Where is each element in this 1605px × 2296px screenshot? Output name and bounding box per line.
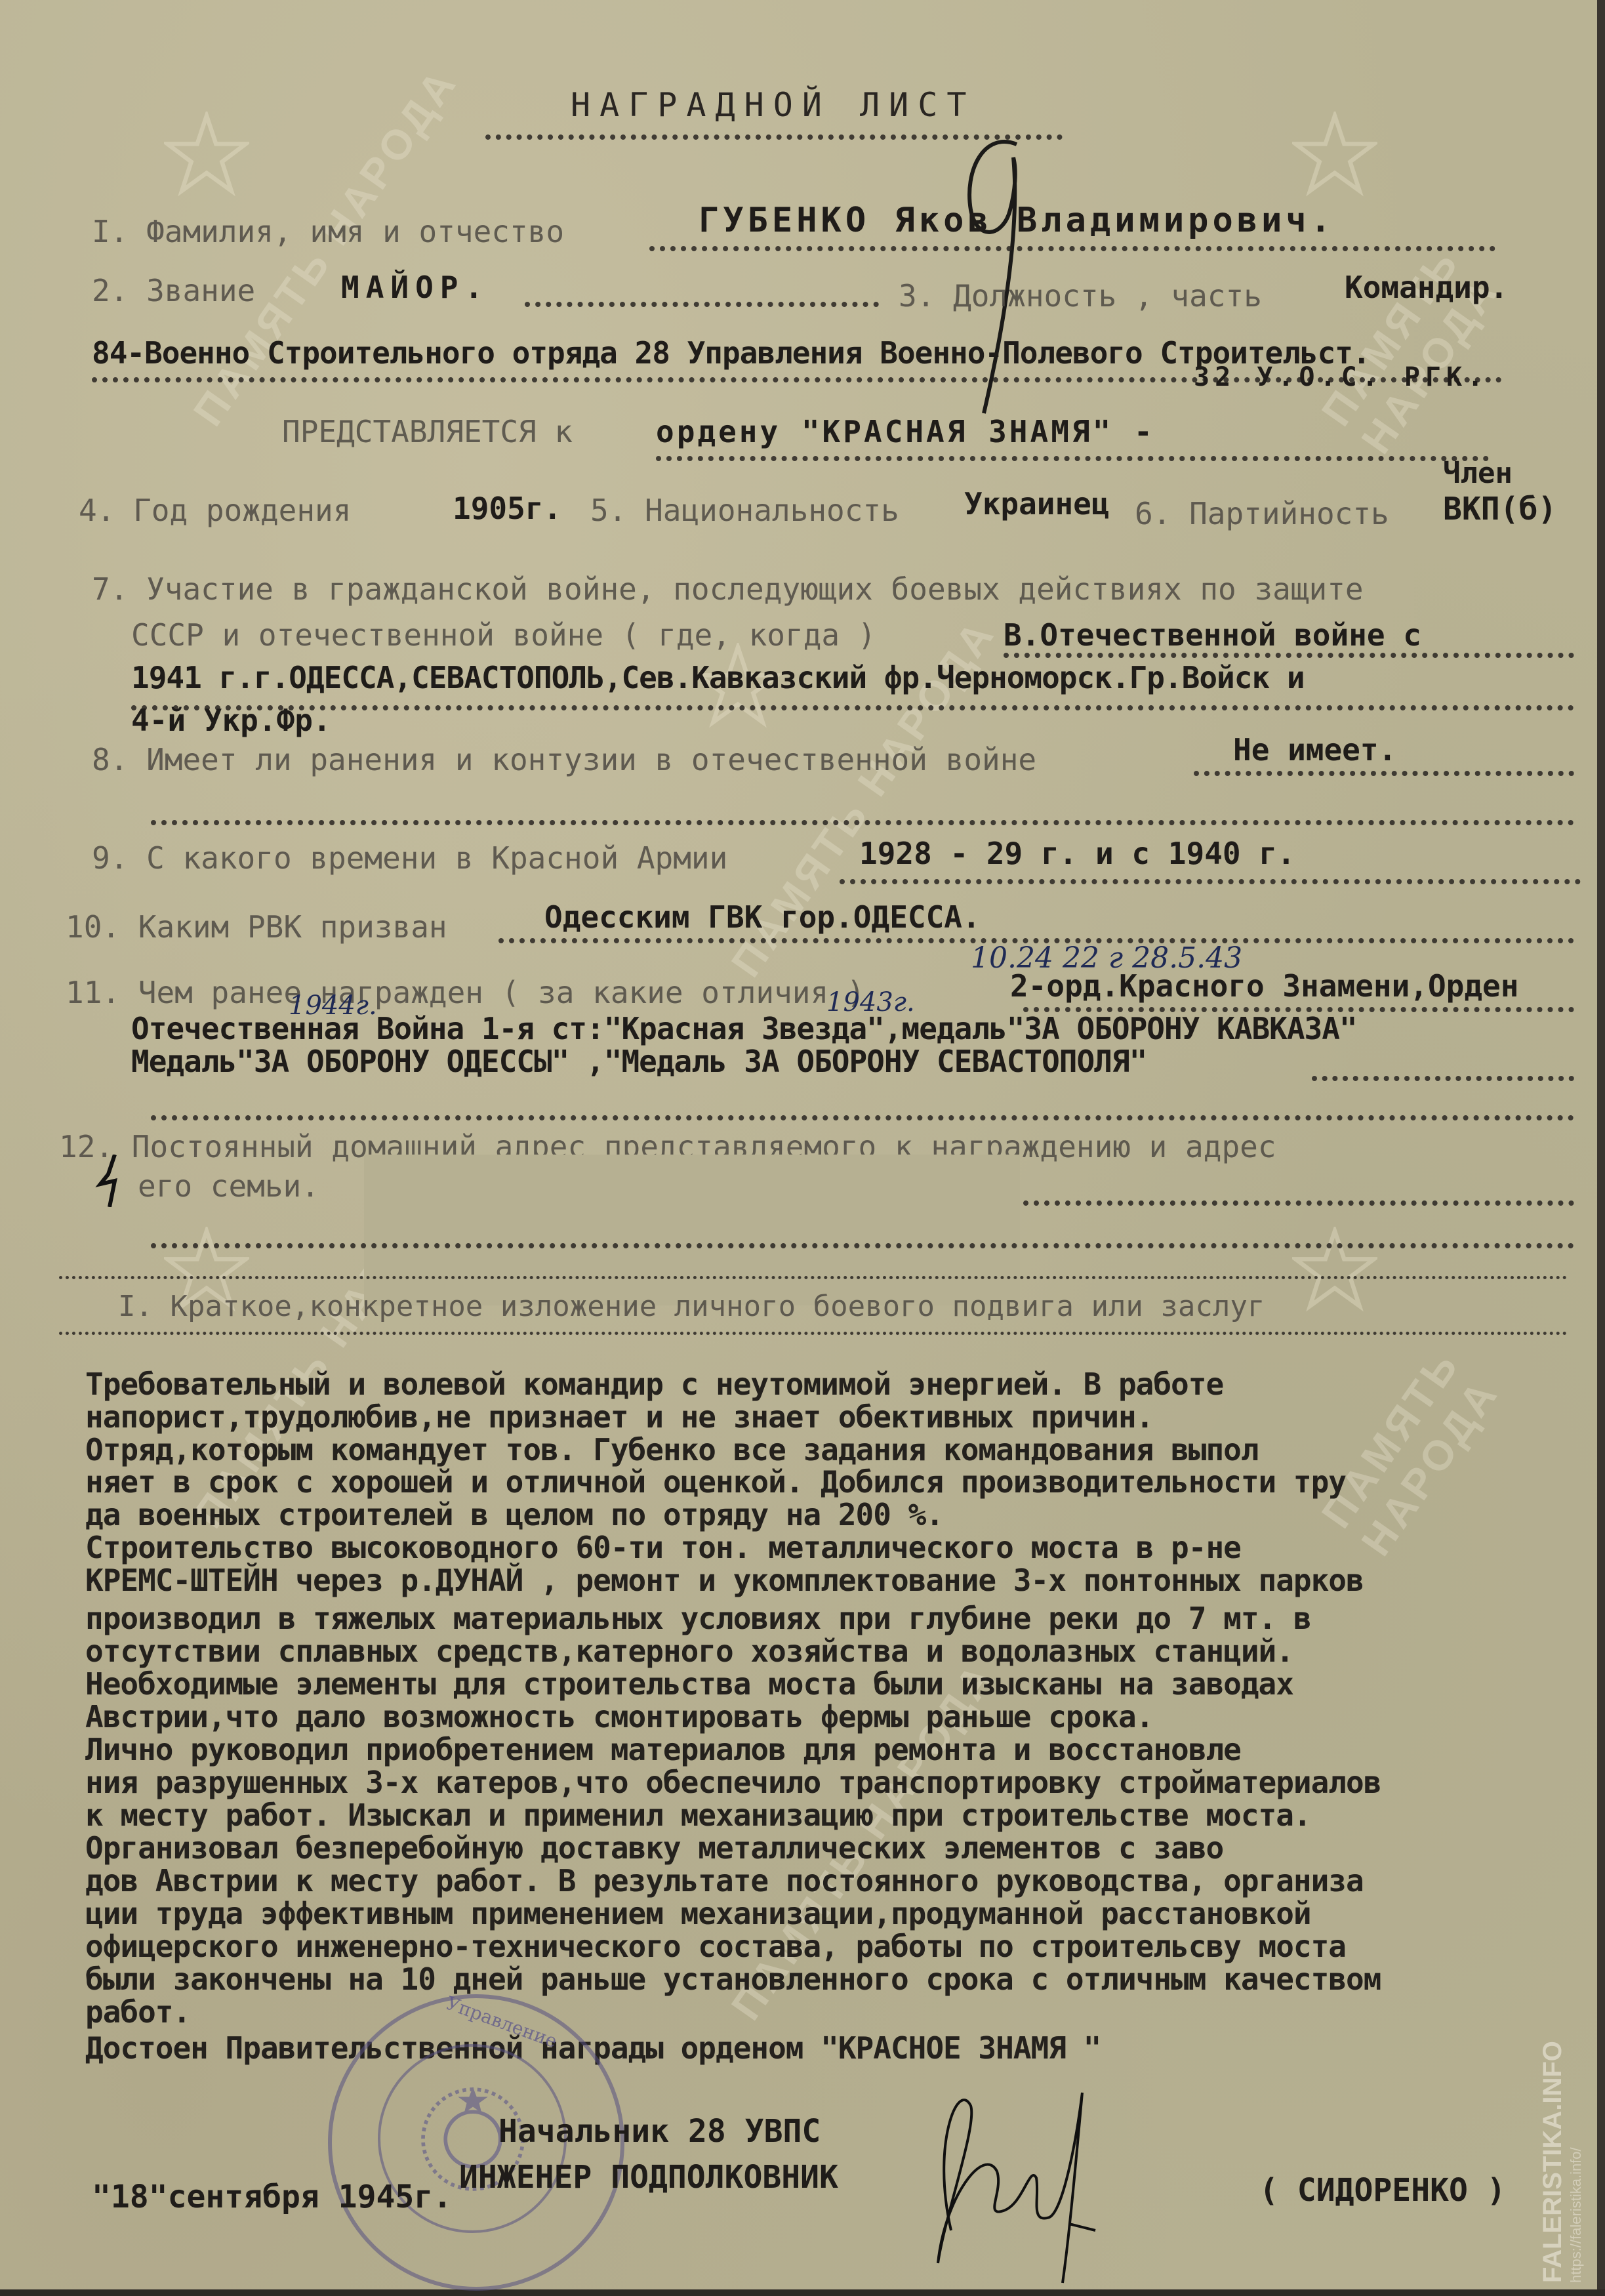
field-8-dots: [1194, 764, 1574, 776]
field-11-dots-3: [151, 1109, 1574, 1120]
watermark-star-icon: [1292, 112, 1377, 197]
field-5-label: 5. Национальность: [590, 495, 899, 525]
narrative-line: да военных строителей в целом по отряду …: [85, 1497, 943, 1532]
field-1-value: ГУБЕНКО Яков Владимирович.: [699, 203, 1335, 237]
field-3-unit-sub: 32 У.О.С. РГК.: [1194, 364, 1488, 390]
handwritten-arrow-icon: [95, 1155, 128, 1207]
field-2-label: 2. Звание: [92, 276, 255, 306]
side-watermark-brand: FALERISTIKA.INFO: [1538, 2041, 1568, 2283]
narrative-line: няет в срок с хорошей и отличной оценкой…: [85, 1464, 1346, 1500]
narrative-line: Строительство высоководного 60-ти тон. м…: [85, 1530, 1241, 1565]
narrative-line: офицерского инженерно-технического соста…: [85, 1929, 1346, 1964]
section-heading: I. Краткое,конкретное изложение личного …: [118, 1292, 1265, 1321]
signature-date: "18"сентября 1945г.: [92, 2181, 452, 2213]
field-7-value-c: 4-й Укр.Фр.: [131, 705, 331, 735]
field-11-value-a: 2-орд.Красного Знамени,Орден: [1010, 971, 1518, 1001]
nomination-value: ордену "КРАСНАЯ ЗНАМЯ" -: [656, 417, 1155, 447]
narrative-line: дов Австрии к месту работ. В результате …: [85, 1863, 1364, 1898]
narrative-line: напорист,трудолюбив,не признает и не зна…: [85, 1399, 1153, 1435]
narrative-line: ния разрушенных 3-х катеров,что обеспечи…: [85, 1765, 1381, 1800]
side-watermark: FALERISTIKA.INFO https://faleristika.inf…: [1538, 2086, 1591, 2283]
field-6-value: ВКП(б): [1443, 493, 1556, 525]
narrative-line: отсутствии сплавных средств,катерного хо…: [85, 1633, 1293, 1669]
field-11-dots-2: [1312, 1069, 1574, 1081]
field-11-value-c: Медаль"ЗА ОБОРОНУ ОДЕССЫ" ,"Медаль ЗА ОБ…: [131, 1046, 1147, 1076]
field-7-label-a: 7. Участие в гражданской войне, последую…: [92, 574, 1364, 604]
field-5-value: Украинец: [964, 489, 1110, 519]
document-title: НАГРАДНОЙ ЛИСТ: [571, 89, 975, 121]
field-12-label-b: его семьи.: [138, 1171, 319, 1201]
field-3-value: Командир.: [1345, 272, 1508, 302]
field-9-label: 9. С какого времени в Красной Армии: [92, 843, 727, 873]
field-10-label: 10. Каким РВК призван: [66, 912, 447, 942]
narrative-line: Отряд,которым командует тов. Губенко все…: [85, 1432, 1259, 1467]
narrative-line: Требовательный и волевой командир с неут…: [85, 1366, 1223, 1402]
section-rule-bottom: [59, 1325, 1568, 1335]
field-12-dots: [1023, 1194, 1574, 1206]
field-3-label: 3. Должность , часть: [899, 281, 1262, 311]
field-7-dots: [1004, 646, 1574, 658]
stamp-text-top: Управление: [443, 1992, 560, 2053]
narrative-line: КРЕМС-ШТЕЙН через р.ДУНАЙ , ремонт и уко…: [85, 1563, 1364, 1598]
field-1-dots: [649, 239, 1495, 251]
field-1-label: I. Фамилия, имя и отчество: [92, 216, 564, 247]
narrative-line: работ.: [85, 1994, 190, 2030]
field-7-dots-2: [131, 699, 1574, 710]
field-9-value: 1928 - 29 г. и с 1940 г.: [859, 838, 1295, 869]
field-11-label: 11. Чем ранее награжден ( за какие отлич…: [66, 977, 865, 1008]
narrative-line: Австрии,что дало возможность смонтироват…: [85, 1699, 1153, 1734]
page-edge-right: [1597, 0, 1605, 2296]
signer-name: ( СИДОРЕНКО ): [1259, 2175, 1506, 2206]
field-7-value-b: 1941 г.г.ОДЕССА,СЕВАСТОПОЛЬ,Сев.Кавказск…: [131, 663, 1305, 693]
field-8-value: Не имеет.: [1233, 735, 1396, 765]
field-7-label-b: СССР и отечественной войне ( где, когда …: [131, 620, 876, 650]
signature-icon: [905, 2066, 1141, 2289]
field-4-label: 4. Год рождения: [79, 495, 351, 525]
field-3-unit: 84-Военно Строительного отряда 28 Управл…: [92, 338, 1370, 368]
field-4-value: 1905г.: [453, 493, 561, 523]
page-edge-bottom: [0, 2289, 1605, 2296]
narrative-line: Необходимые элементы для строительства м…: [85, 1666, 1293, 1702]
side-watermark-url: https://faleristika.info/: [1568, 2147, 1585, 2283]
field-8-label: 8. Имеет ли ранения и контузии в отечест…: [92, 745, 1036, 775]
narrative-line: Организовал безперебойную доставку метал…: [85, 1830, 1223, 1866]
watermark-star-icon: [164, 112, 249, 197]
narrative-line: к месту работ. Изыскал и применил механи…: [85, 1797, 1311, 1833]
field-2-value: МАЙОР.: [341, 272, 489, 302]
watermark-text: ПАМЯТЬ НАРОДА: [1312, 167, 1560, 462]
nomination-label: ПРЕДСТАВЛЯЕТСЯ к: [282, 417, 573, 447]
narrative-line: ции труда эффективным применением механи…: [85, 1896, 1311, 1931]
field-6-value-top: Член: [1443, 459, 1513, 488]
narrative-line: Лично руководил приобретением материалов…: [85, 1732, 1241, 1767]
field-10-value: Одесским ГВК гор.ОДЕССА.: [544, 902, 981, 932]
narrative-line: производил в тяжелых материальных услови…: [85, 1601, 1311, 1636]
field-8-dots-2: [151, 813, 1574, 825]
watermark-text: ПАМЯТЬ НАРОДА: [1312, 1269, 1560, 1565]
field-9-dots: [840, 872, 1581, 884]
section-rule-top: [59, 1269, 1568, 1279]
field-11-value-b: Отечественная Война 1-я ст:"Красная Звез…: [131, 1014, 1357, 1044]
field-6-label: 6. Партийность: [1135, 499, 1389, 529]
redacted-address: [364, 1155, 1020, 1305]
narrative-line: были закончены на 10 дней раньше установ…: [85, 1961, 1381, 1997]
signer-position-line2: ИНЖЕНЕР ПОДПОЛКОВНИК: [459, 2162, 838, 2193]
nomination-dots: [656, 449, 1489, 461]
field-12-dots-2: [151, 1237, 1574, 1248]
signer-position-line1: Начальник 28 УВПС: [498, 2116, 821, 2147]
field-2-dots: [525, 295, 879, 307]
